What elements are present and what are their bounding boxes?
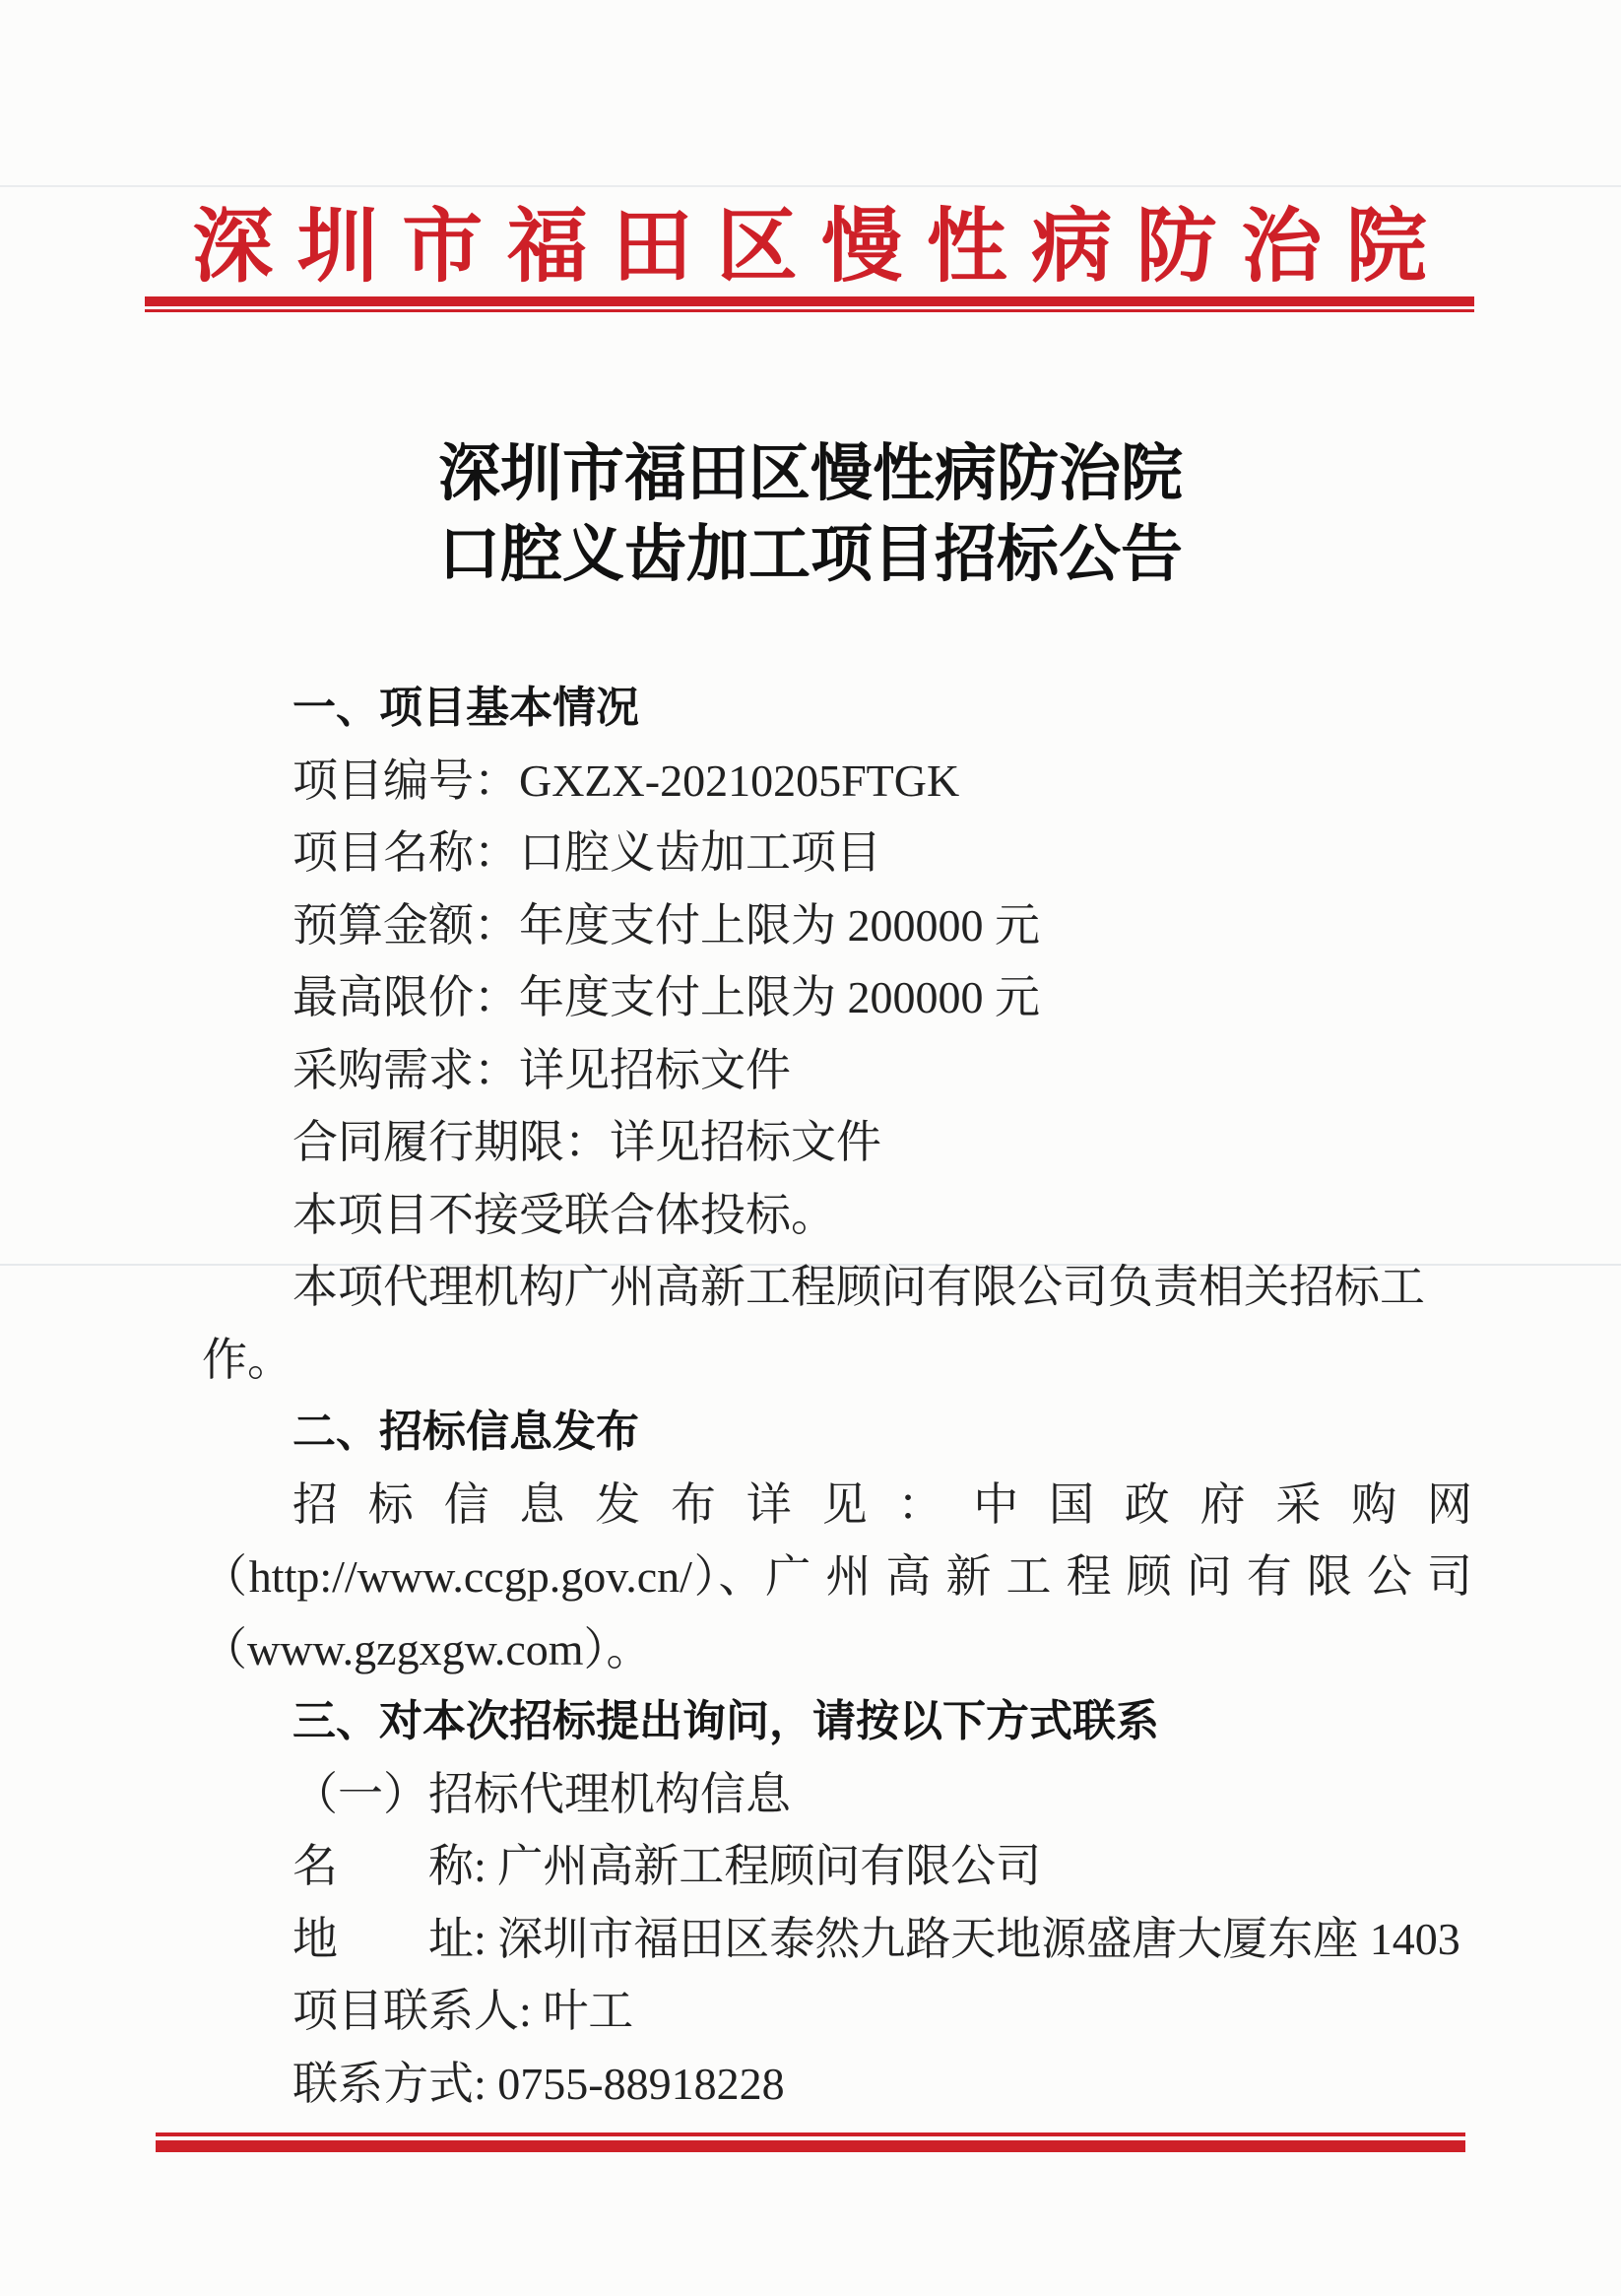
field-value: GXZX-20210205FTGK [519, 755, 959, 806]
section1-heading: 一、项目基本情况 [202, 672, 1472, 745]
document-title-line1: 深圳市福田区慢性病防治院 [0, 433, 1621, 514]
section3-subheading: （一）招标代理机构信息 [202, 1758, 1472, 1831]
field-value: 广州高新工程顾问有限公司 [486, 1841, 1042, 1891]
publish-info-line2: （http://www.ccgp.gov.cn/）、广 州 高 新 工 程 顾 … [202, 1541, 1472, 1613]
publish-info-line1: 招 标 信 息 发 布 详 见 ： 中 国 政 府 采 购 网 [202, 1469, 1472, 1542]
field-project-contact: 项目联系人: 叶工 [202, 1975, 1472, 2048]
field-label: 地 址: [292, 1914, 486, 1964]
field-value: 详见招标文件 [610, 1117, 881, 1167]
field-value: 年度支付上限为 200000 元 [519, 900, 1040, 951]
agency-note-line1: 本项代理机构广州高新工程顾问有限公司负责相关招标工 [202, 1251, 1472, 1324]
field-label: 预算金额： [292, 900, 519, 951]
field-label: 合同履行期限： [292, 1117, 610, 1167]
field-contract-term: 合同履行期限：详见招标文件 [202, 1106, 1472, 1179]
field-label: 名 称: [292, 1841, 486, 1891]
field-label: 联系方式: [292, 2059, 486, 2109]
field-project-number: 项目编号：GXZX-20210205FTGK [202, 745, 1472, 818]
field-value: 详见招标文件 [519, 1045, 791, 1095]
document-title-line2: 口腔义齿加工项目招标公告 [0, 514, 1621, 595]
no-consortium-note: 本项目不接受联合体投标。 [202, 1179, 1472, 1252]
field-value: 0755-88918228 [486, 2059, 785, 2109]
field-label: 最高限价： [292, 972, 519, 1022]
field-phone: 联系方式: 0755-88918228 [202, 2048, 1472, 2121]
field-value: 深圳市福田区泰然九路天地源盛唐大厦东座 1403 [486, 1914, 1460, 1964]
field-label: 项目名称： [292, 827, 519, 878]
field-value: 口腔义齿加工项目 [519, 827, 881, 878]
field-value: 年度支付上限为 200000 元 [519, 972, 1040, 1022]
field-value: 叶工 [532, 1986, 634, 2036]
letterhead-rule [145, 296, 1474, 312]
field-project-name: 项目名称：口腔义齿加工项目 [202, 817, 1472, 889]
section2-heading: 二、招标信息发布 [202, 1396, 1472, 1469]
field-price-cap: 最高限价：年度支付上限为 200000 元 [202, 961, 1472, 1034]
field-agency-name: 名 称: 广州高新工程顾问有限公司 [202, 1830, 1472, 1903]
field-label: 采购需求： [292, 1045, 519, 1095]
agency-note-line2: 作。 [202, 1324, 1472, 1397]
field-label: 项目联系人: [292, 1986, 532, 2036]
document-body: 一、项目基本情况 项目编号：GXZX-20210205FTGK 项目名称：口腔义… [202, 672, 1472, 2120]
field-agency-address: 地 址: 深圳市福田区泰然九路天地源盛唐大厦东座 1403 [202, 1903, 1472, 1976]
field-budget: 预算金额：年度支付上限为 200000 元 [202, 889, 1472, 962]
footer-rule [156, 2132, 1465, 2152]
field-procurement-requirement: 采购需求：详见招标文件 [202, 1034, 1472, 1107]
section3-heading: 三、对本次招标提出询问，请按以下方式联系 [202, 1685, 1472, 1758]
publish-info-line3: （www.gzgxgw.com）。 [202, 1613, 1472, 1686]
document-title: 深圳市福田区慢性病防治院 口腔义齿加工项目招标公告 [0, 433, 1621, 595]
document-page: 深 圳 市 福 田 区 慢 性 病 防 治 院 深圳市福田区慢性病防治院 口腔义… [0, 0, 1621, 2296]
letterhead-org-name: 深 圳 市 福 田 区 慢 性 病 防 治 院 [0, 207, 1621, 288]
field-label: 项目编号： [292, 755, 519, 806]
scan-artifact-line [0, 185, 1621, 187]
